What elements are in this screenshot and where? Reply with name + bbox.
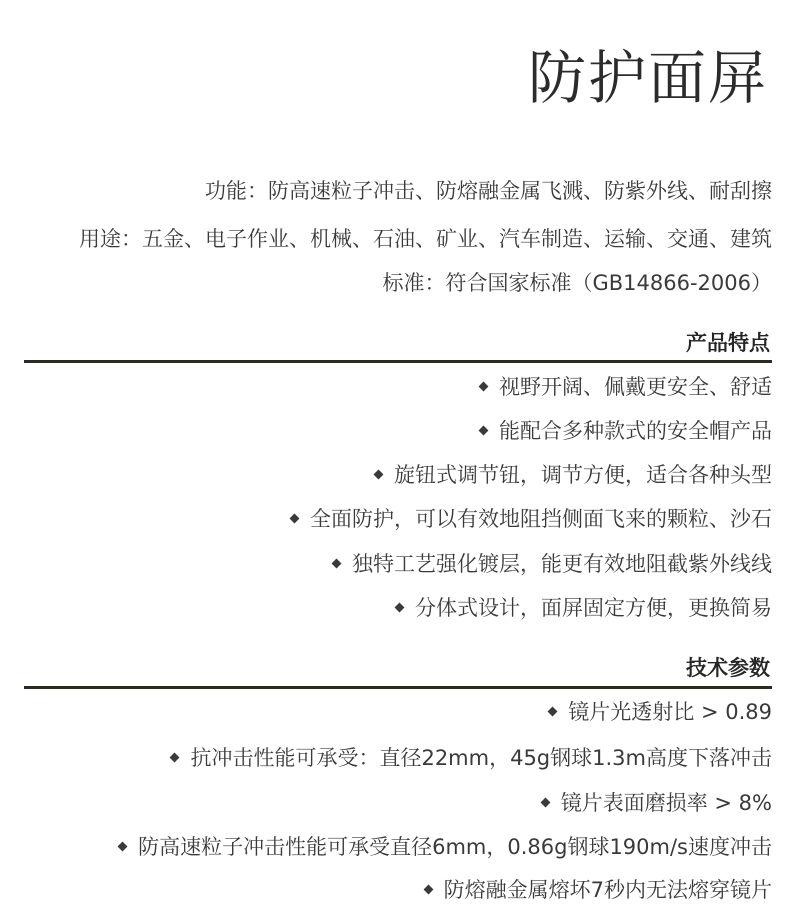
diamond-bullet-icon — [540, 797, 550, 807]
specs-heading: 技术参数 — [686, 653, 770, 683]
diamond-bullet-icon — [374, 469, 384, 479]
diamond-bullet-icon — [423, 884, 433, 894]
diamond-bullet-icon — [290, 513, 300, 523]
diamond-bullet-icon — [170, 752, 180, 762]
diamond-bullet-icon — [548, 706, 558, 716]
feature-item: 独特工艺强化镀层，能更有效地阻截紫外线线 — [333, 549, 772, 579]
spec-item: 防高速粒子冲击性能可承受直径6mm，0.86g钢球190m/s速度冲击 — [119, 832, 772, 862]
feature-item: 分体式设计，面屏固定方便，更换简易 — [396, 593, 772, 623]
usage-line: 用途：五金、电子作业、机械、石油、矿业、汽车制造、运输、交通、建筑 — [79, 224, 772, 254]
spec-item: 镜片表面磨损率 > 8% — [542, 788, 772, 818]
feature-item: 旋钮式调节钮，调节方便，适合各种头型 — [375, 460, 772, 490]
feature-item: 视野开阔、佩戴更安全、舒适 — [480, 372, 772, 402]
features-divider — [24, 360, 772, 363]
diamond-bullet-icon — [332, 558, 342, 568]
diamond-bullet-icon — [395, 602, 405, 612]
specs-divider — [24, 686, 772, 689]
diamond-bullet-icon — [479, 425, 489, 435]
spec-item: 防熔融金属熔坏7秒内无法熔穿镜片 — [425, 875, 772, 905]
function-line: 功能：防高速粒子冲击、防熔融金属飞溅、防紫外线、耐刮擦 — [205, 176, 772, 206]
feature-item: 能配合多种款式的安全帽产品 — [480, 416, 772, 446]
spec-item: 抗冲击性能可承受：直径22mm，45g钢球1.3m高度下落冲击 — [171, 743, 772, 773]
diamond-bullet-icon — [479, 381, 489, 391]
spec-item: 镜片光透射比 > 0.89 — [549, 697, 772, 727]
feature-item: 全面防护，可以有效地阻挡侧面飞来的颗粒、沙石 — [291, 504, 772, 534]
features-heading: 产品特点 — [686, 328, 770, 358]
standard-line: 标准：符合国家标准（GB14866-2006） — [382, 268, 772, 298]
diamond-bullet-icon — [118, 841, 128, 851]
page-title: 防护面屏 — [528, 38, 768, 118]
